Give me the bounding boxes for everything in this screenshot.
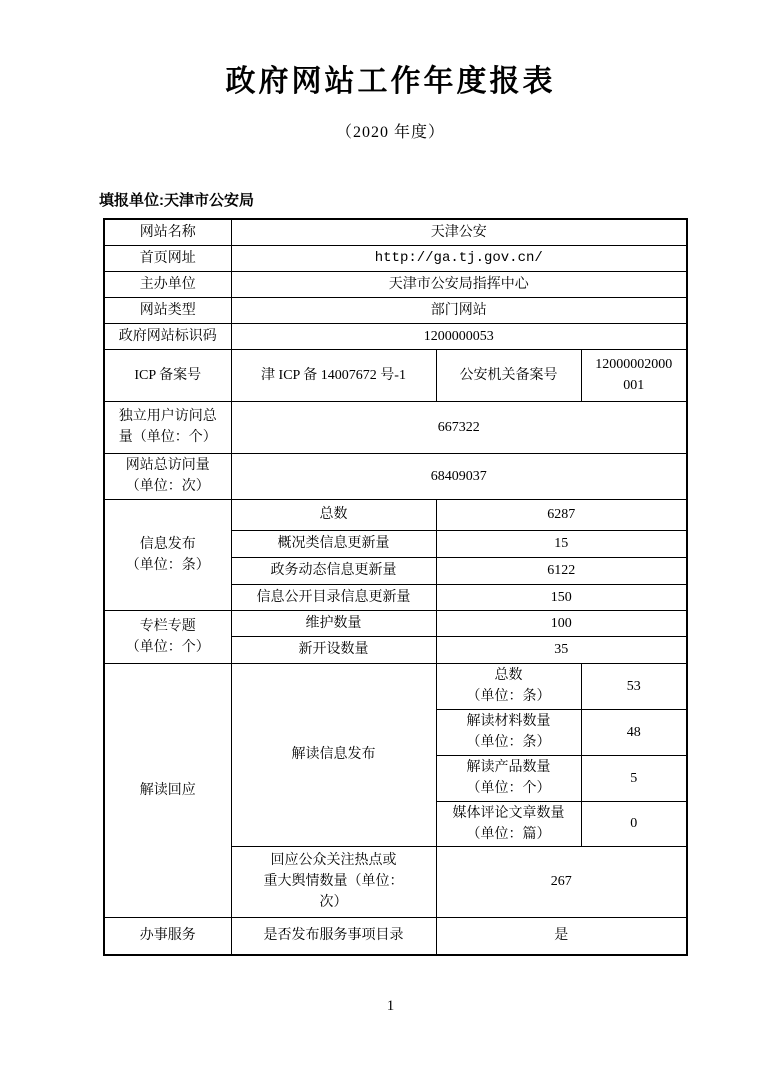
report-table: 网站名称 天津公安 首页网址 http://ga.tj.gov.cn/ 主办单位…	[103, 218, 688, 956]
row-site-name: 网站名称 天津公安	[104, 219, 687, 245]
interpretation-label: 解读回应	[104, 663, 231, 917]
page-number: 1	[0, 998, 781, 1015]
interp-media-label: 媒体评论文章数量 （单位：篇）	[436, 801, 581, 846]
home-url-label: 首页网址	[104, 245, 231, 271]
row-total-visits: 网站总访问量 （单位：次） 68409037	[104, 453, 687, 499]
page-title: 政府网站工作年度报表	[0, 56, 781, 100]
info-total-label: 总数	[231, 499, 436, 530]
site-type-value: 部门网站	[231, 297, 687, 323]
interp-products-value: 5	[581, 755, 687, 801]
public-response-value: 267	[436, 846, 687, 917]
site-name-value: 天津公安	[231, 219, 687, 245]
site-type-label: 网站类型	[104, 297, 231, 323]
site-code-value: 1200000053	[231, 323, 687, 349]
total-visits-label: 网站总访问量 （单位：次）	[104, 453, 231, 499]
columns-maintained-value: 100	[436, 610, 687, 636]
columns-maintained-label: 维护数量	[231, 610, 436, 636]
police-record-label: 公安机关备案号	[436, 349, 581, 401]
icp-label: ICP 备案号	[104, 349, 231, 401]
service-directory-label: 是否发布服务事项目录	[231, 917, 436, 955]
row-interp-total: 解读回应 解读信息发布 总数 （单位：条） 53	[104, 663, 687, 709]
interp-materials-value: 48	[581, 709, 687, 755]
row-organizer: 主办单位 天津市公安局指挥中心	[104, 271, 687, 297]
site-code-label: 政府网站标识码	[104, 323, 231, 349]
organizer-value: 天津市公安局指挥中心	[231, 271, 687, 297]
icp-value: 津 ICP 备 14007672 号-1	[231, 349, 436, 401]
reporting-unit-label: 填报单位:天津市公安局	[99, 189, 254, 210]
service-label: 办事服务	[104, 917, 231, 955]
row-home-url: 首页网址 http://ga.tj.gov.cn/	[104, 245, 687, 271]
info-publish-label: 信息发布 （单位：条）	[104, 499, 231, 610]
interp-materials-label: 解读材料数量 （单位：条）	[436, 709, 581, 755]
row-unique-visitors: 独立用户访问总 量（单位：个） 667322	[104, 401, 687, 453]
row-site-code: 政府网站标识码 1200000053	[104, 323, 687, 349]
info-overview-value: 15	[436, 530, 687, 557]
special-columns-label: 专栏专题 （单位：个）	[104, 610, 231, 663]
row-service-directory: 办事服务 是否发布服务事项目录 是	[104, 917, 687, 955]
interp-total-label: 总数 （单位：条）	[436, 663, 581, 709]
public-response-label: 回应公众关注热点或 重大舆情数量（单位： 次）	[231, 846, 436, 917]
row-site-type: 网站类型 部门网站	[104, 297, 687, 323]
page-subtitle: （2020 年度）	[0, 119, 781, 142]
interp-products-label: 解读产品数量 （单位：个）	[436, 755, 581, 801]
info-overview-label: 概况类信息更新量	[231, 530, 436, 557]
info-dynamics-label: 政务动态信息更新量	[231, 557, 436, 584]
interp-total-value: 53	[581, 663, 687, 709]
total-visits-value: 68409037	[231, 453, 687, 499]
row-info-total: 信息发布 （单位：条） 总数 6287	[104, 499, 687, 530]
site-name-label: 网站名称	[104, 219, 231, 245]
columns-new-value: 35	[436, 636, 687, 663]
info-total-value: 6287	[436, 499, 687, 530]
police-record-value: 12000002000 001	[581, 349, 687, 401]
organizer-label: 主办单位	[104, 271, 231, 297]
info-dynamics-value: 6122	[436, 557, 687, 584]
report-page: 政府网站工作年度报表 （2020 年度） 填报单位:天津市公安局 网站名称 天津…	[0, 0, 781, 1072]
home-url-value: http://ga.tj.gov.cn/	[231, 245, 687, 271]
info-directory-value: 150	[436, 584, 687, 610]
row-columns-maintained: 专栏专题 （单位：个） 维护数量 100	[104, 610, 687, 636]
interp-publish-label: 解读信息发布	[231, 663, 436, 846]
row-icp: ICP 备案号 津 ICP 备 14007672 号-1 公安机关备案号 120…	[104, 349, 687, 401]
unique-visitors-label: 独立用户访问总 量（单位：个）	[104, 401, 231, 453]
unique-visitors-value: 667322	[231, 401, 687, 453]
service-directory-value: 是	[436, 917, 687, 955]
interp-media-value: 0	[581, 801, 687, 846]
info-directory-label: 信息公开目录信息更新量	[231, 584, 436, 610]
columns-new-label: 新开设数量	[231, 636, 436, 663]
